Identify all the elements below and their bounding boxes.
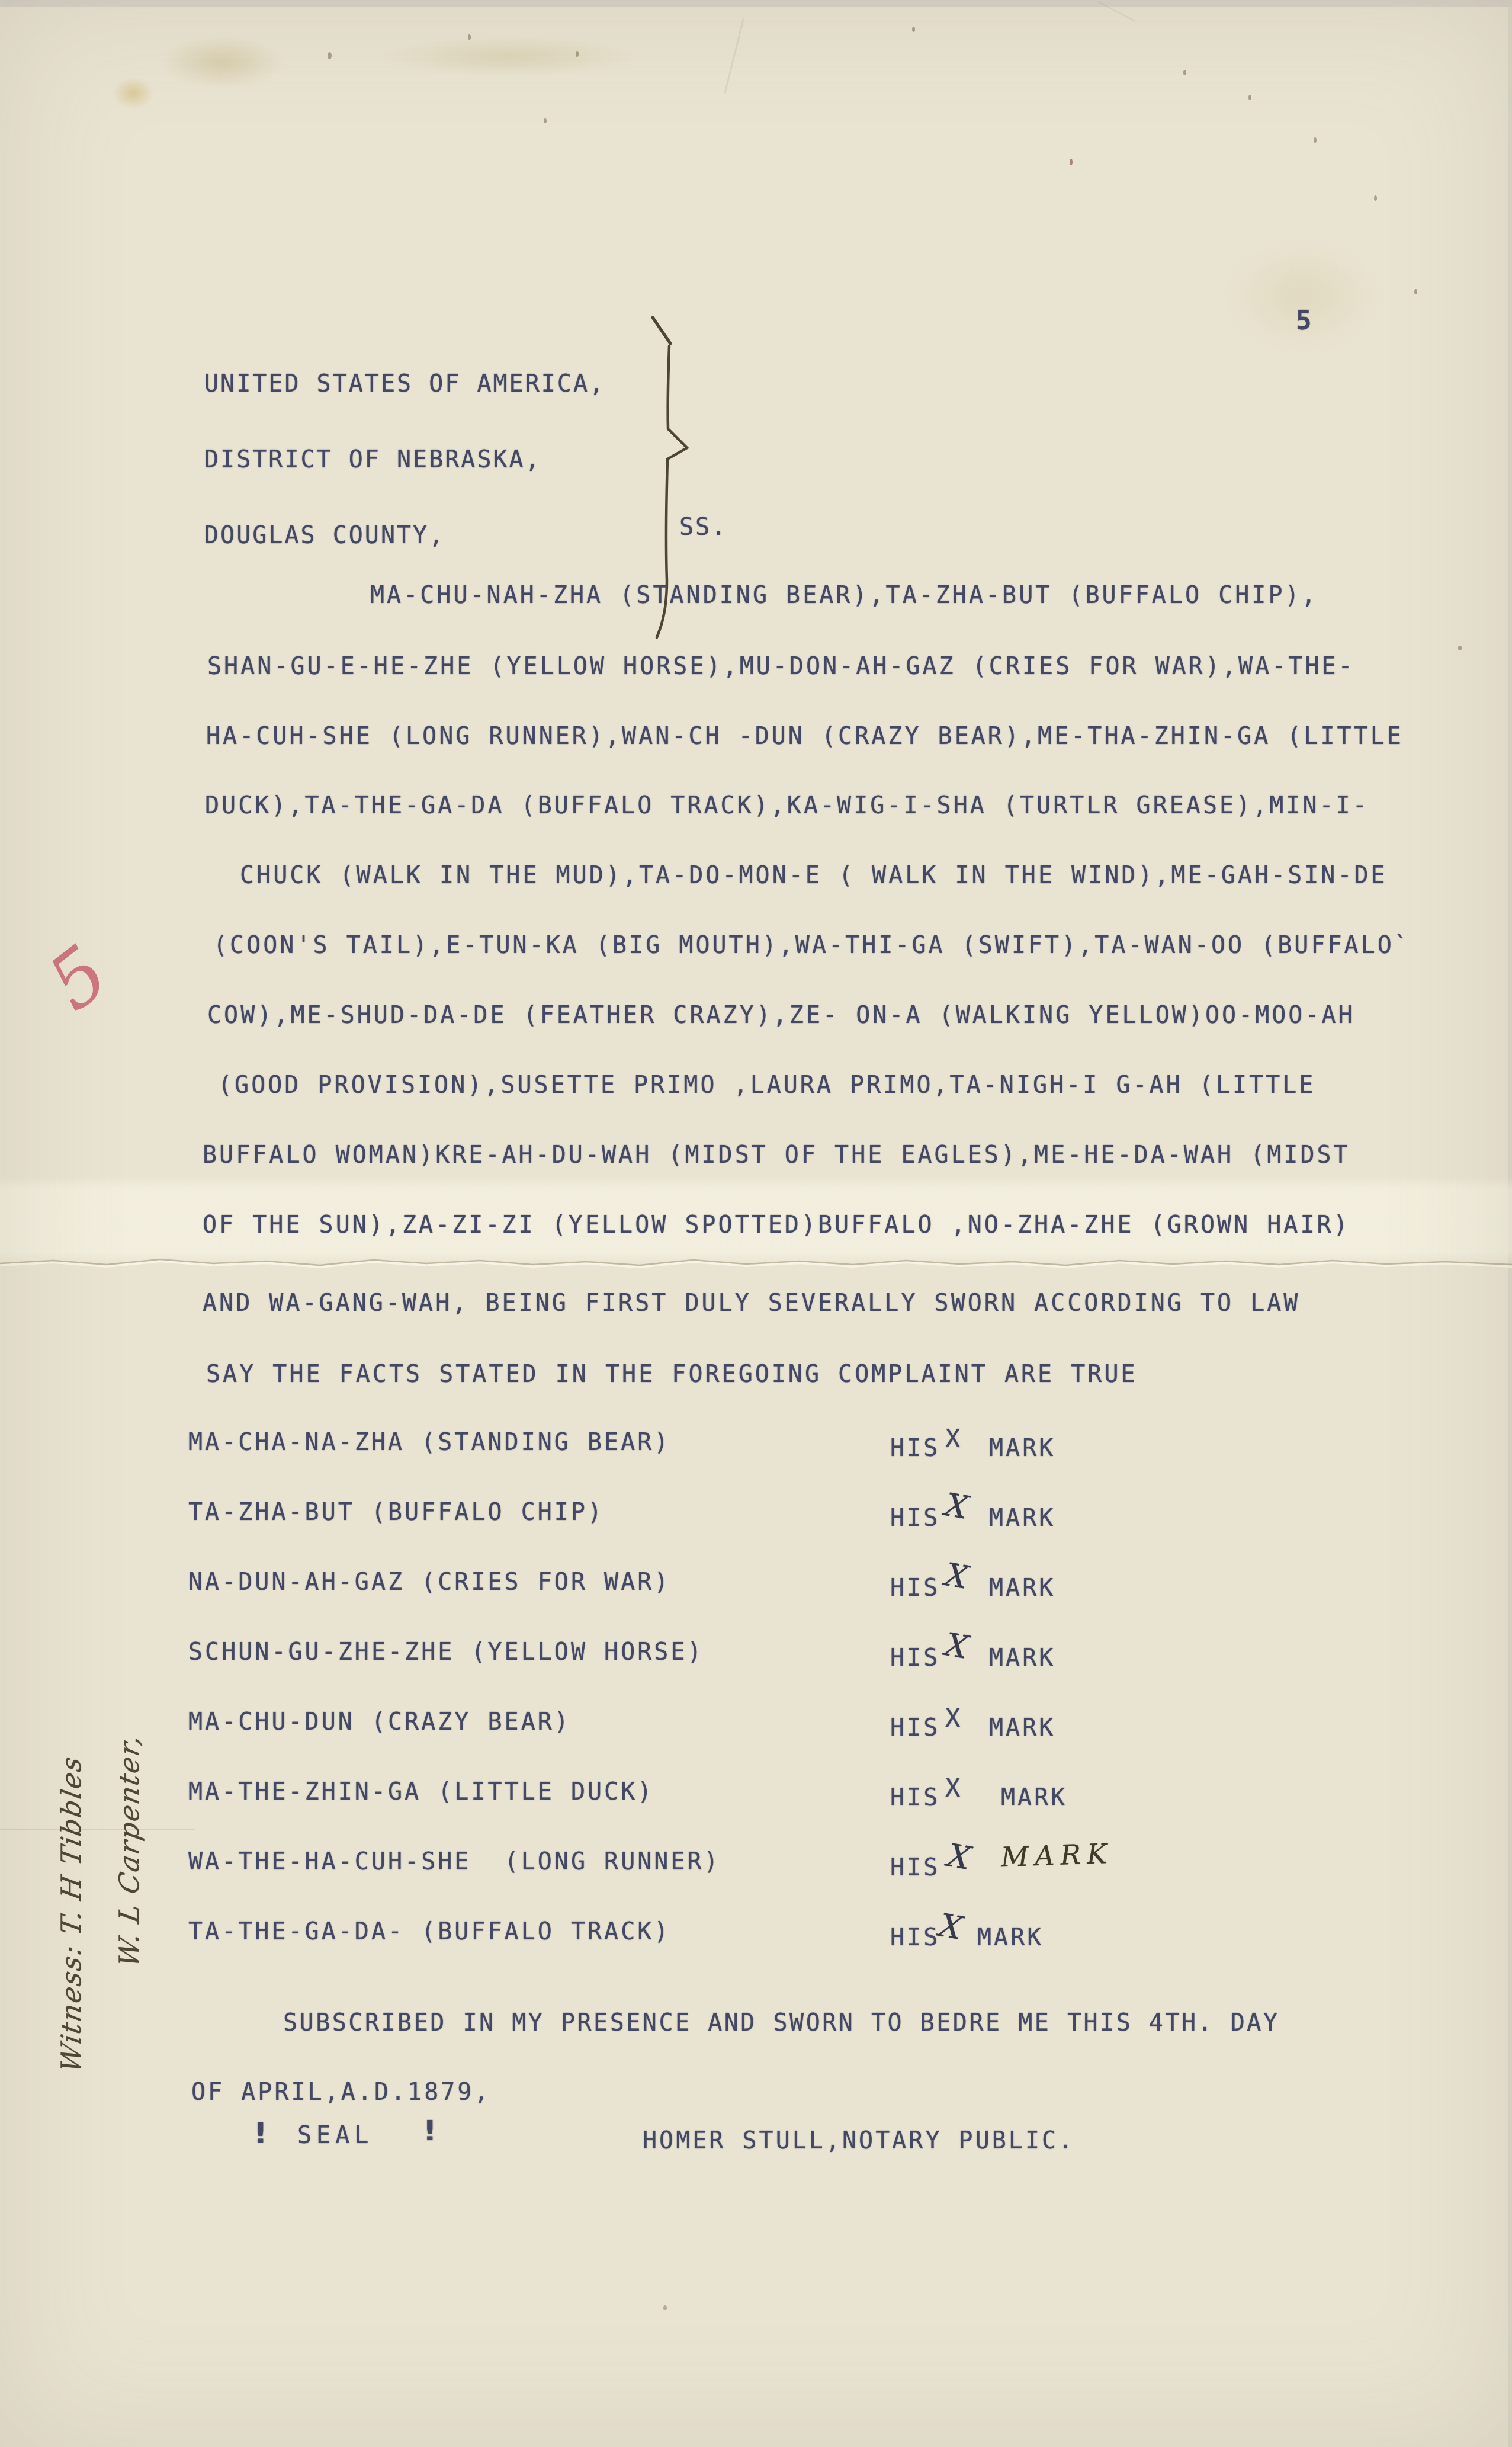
notary-signature: HOMER STULL,NOTARY PUBLIC. [643,2129,1075,2153]
paper-tear-line [0,1253,1512,1277]
his-label: HIS [890,1646,940,1670]
mark-label: MARK [989,1436,1055,1460]
x-mark: X [945,1776,962,1801]
jurat-line-1: SUBSCRIBED IN MY PRESENCE AND SWORN TO B… [283,2011,1280,2035]
seal-label: SEAL [297,2124,373,2147]
mark-label: MARK [989,1646,1055,1670]
paper-stain [113,77,154,110]
paper-speck [912,27,915,32]
affidavit-line: AND WA-GANG-WAH, BEING FIRST DULY SEVERA… [203,1291,1300,1315]
affidavit-line: DUCK),TA-THE-GA-DA (BUFFALO TRACK),KA-WI… [205,794,1369,817]
his-label: HIS [890,1716,940,1740]
signer-name: SCHUN-GU-ZHE-ZHE (YELLOW HORSE) [188,1640,704,1664]
affidavit-line: OF THE SUN),ZA-ZI-ZI (YELLOW SPOTTED)BUF… [203,1213,1350,1237]
paper-speck [1183,70,1186,75]
paper-speck [328,52,332,59]
x-mark: X [945,1706,962,1731]
paper-stain [379,36,640,77]
venue-line-3: DOUGLAS COUNTY, [204,524,445,547]
signer-name: MA-CHA-NA-ZHA (STANDING BEAR) [188,1431,670,1454]
affidavit-line: SHAN-GU-E-HE-ZHE (YELLOW HORSE),MU-DON-A… [207,655,1355,678]
signer-name: TA-ZHA-BUT (BUFFALO CHIP) [188,1500,604,1524]
affidavit-page: 5 UNITED STATES OF AMERICA, DISTRICT OF … [0,0,1512,2447]
paper-speck [468,34,471,40]
his-label: HIS [890,1436,940,1460]
x-mark: X [943,1558,971,1594]
paper-speck [663,2305,667,2310]
x-mark: X [943,1628,971,1664]
affidavit-line: SAY THE FACTS STATED IN THE FOREGOING CO… [206,1362,1138,1386]
seal-bracket-right: ! [418,2117,442,2144]
paper-speck [1374,195,1377,201]
signer-name: TA-THE-GA-DA- (BUFFALO TRACK) [188,1920,670,1944]
mark-label: MARK [989,1576,1055,1600]
affidavit-line: (GOOD PROVISION),SUSETTE PRIMO ,LAURA PR… [218,1073,1315,1097]
his-label: HIS [890,1506,940,1530]
x-mark: X [937,1909,965,1945]
affidavit-line: CHUCK (WALK IN THE MUD),TA-DO-MON-E ( WA… [240,864,1388,887]
x-mark: X [943,1489,971,1524]
witness-line-carpenter: W. L Carpenter, [111,1382,147,1970]
venue-line-1: UNITED STATES OF AMERICA, [204,372,605,396]
paper-stain [160,36,284,89]
signer-name: MA-THE-ZHIN-GA (LITTLE DUCK) [188,1780,654,1804]
venue-line-2: DISTRICT OF NEBRASKA, [204,448,541,472]
affidavit-line: BUFFALO WOMAN)KRE-AH-DU-WAH (MIDST OF TH… [203,1143,1350,1167]
paper-speck [1314,137,1317,143]
paper-speck [1414,289,1417,294]
paper-speck [1248,95,1251,100]
signer-name: NA-DUN-AH-GAZ (CRIES FOR WAR) [188,1570,670,1594]
affidavit-line: COW),ME-SHUD-DA-DE (FEATHER CRAZY),ZE- O… [207,1003,1355,1027]
his-label: HIS [890,1576,940,1600]
affidavit-line: (COON'S TAIL),E-TUN-KA (BIG MOUTH),WA-TH… [213,934,1411,957]
paper-speck [1070,159,1073,165]
seal-bracket-left: ! [248,2119,273,2147]
signer-name: WA-THE-HA-CUH-SHE (LONG RUNNER) [188,1850,721,1874]
signer-name: MA-CHU-DUN (CRAZY BEAR) [188,1710,571,1734]
mark-label: MARK [989,1716,1055,1740]
page-number: 5 [1296,308,1312,334]
x-mark: X [945,1426,962,1451]
scan-edge-right [1508,0,1512,2447]
paper-speck [1458,646,1462,650]
paper-speck [576,51,579,57]
affidavit-line: HA-CUH-SHE (LONG RUNNER),WAN-CH -DUN (CR… [206,724,1404,748]
his-label: HIS [890,1786,940,1810]
his-label: HIS [890,1926,940,1949]
mark-label: MARK [989,1506,1055,1530]
paper-stain [1220,237,1386,355]
witness-signatures: Witness: T. H Tibbles W. L Carpenter, [31,1385,169,2072]
mark-label: MARK [977,1926,1044,1949]
paper-speck [544,118,547,123]
scan-edge-top [0,0,1512,7]
mark-label: MARK [1001,1786,1067,1810]
affidavit-line: MA-CHU-NAH-ZHA (STANDING BEAR),TA-ZHA-BU… [370,583,1318,607]
mark-label: MARK [1000,1837,1113,1874]
jurat-line-2: OF APRIL,A.D.1879, [191,2080,490,2104]
paper-crease [724,19,744,94]
red-page-annotation: 5 [36,934,121,1023]
his-label: HIS [890,1856,940,1880]
x-mark: X [945,1839,973,1875]
witness-line-tibbles: Witness: T. H Tibbles [53,1382,89,2076]
